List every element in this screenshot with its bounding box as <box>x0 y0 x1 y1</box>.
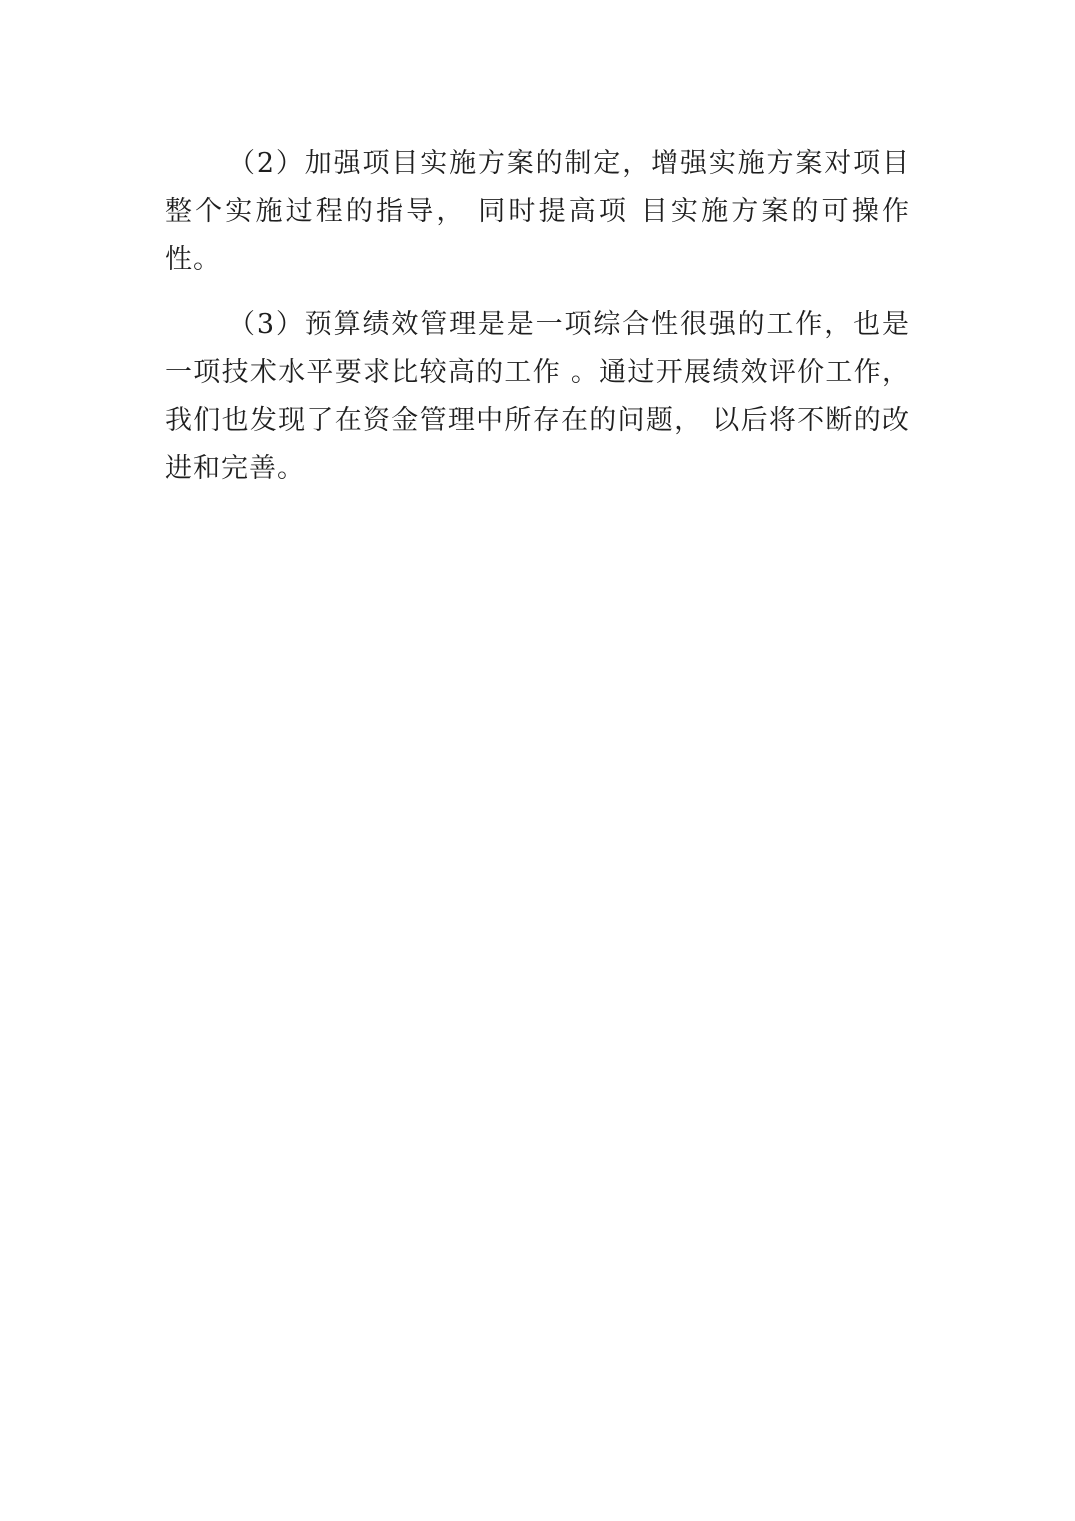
paragraph: （3）预算绩效管理是是一项综合性很强的工作，也是一项技术水平要求比较高的工作 。… <box>165 301 910 493</box>
document-body: （2）加强项目实施方案的制定，增强实施方案对项目整个实施过程的指导， 同时提高项… <box>165 140 910 493</box>
paragraph: （2）加强项目实施方案的制定，增强实施方案对项目整个实施过程的指导， 同时提高项… <box>165 140 910 284</box>
document-page: （2）加强项目实施方案的制定，增强实施方案对项目整个实施过程的指导， 同时提高项… <box>0 0 1075 1521</box>
